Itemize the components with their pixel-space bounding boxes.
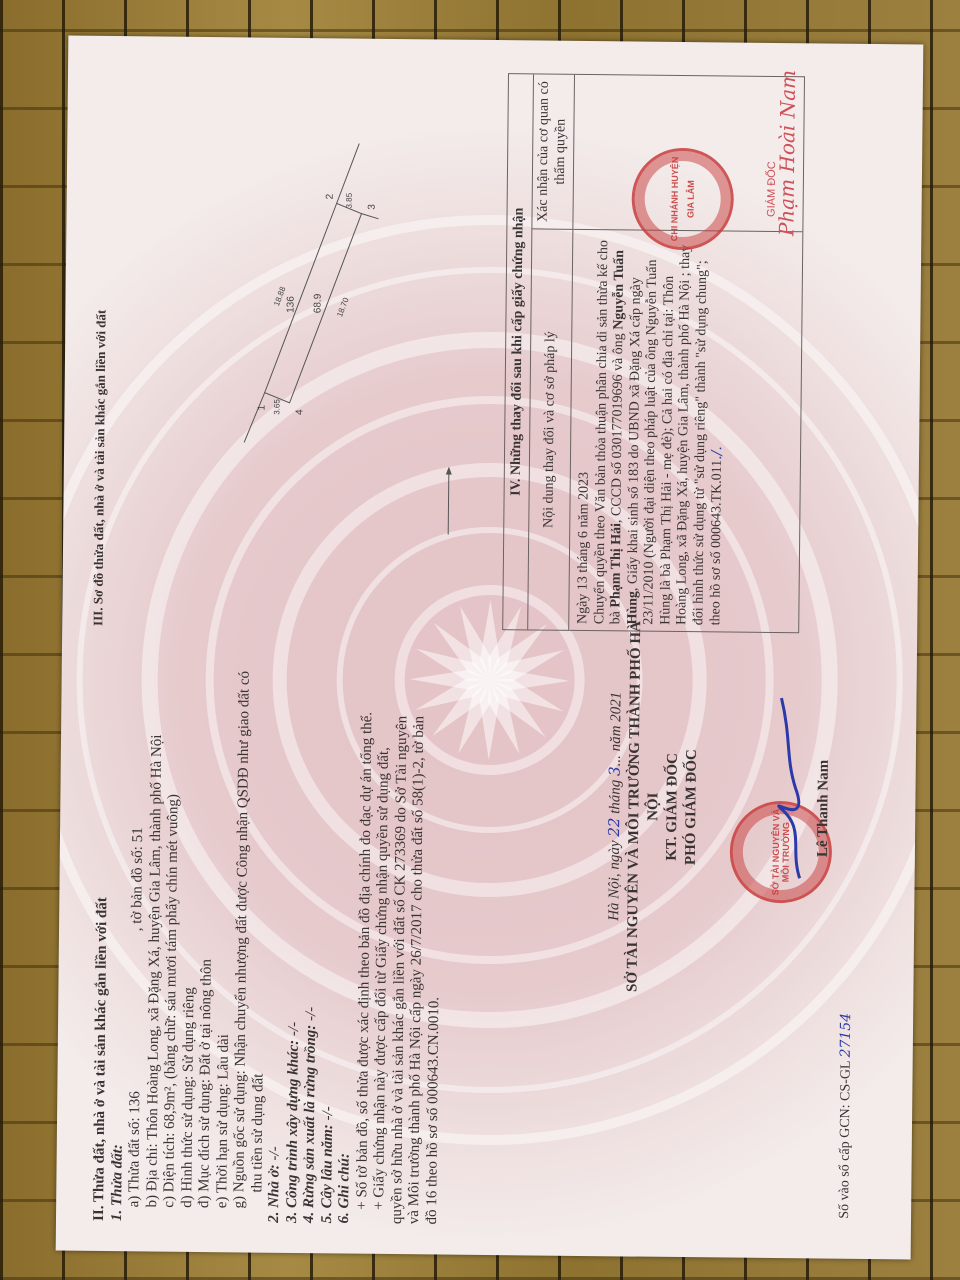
plot-label: 136 (285, 296, 296, 313)
changes-after-issuance-table: IV. Những thay đổi sau khi cấp giấy chứn… (502, 73, 805, 633)
section-land-and-assets: II. Thửa đất, nhà ở và tài sản khác gắn … (91, 661, 447, 1225)
production-forest-value: -/- (303, 1007, 319, 1021)
authority-confirmation-cell: CHI NHÁNH HUYỆN GIA LÂM GIÁM ĐỐC Phạm Ho… (573, 75, 804, 231)
issue-year: năm 2021 (608, 692, 625, 752)
north-arrow-icon (445, 467, 452, 535)
table-header-row: Nội dung thay đổi và cơ sở pháp lý Xác n… (528, 74, 575, 629)
edge-4-1-length: 3.65 (272, 399, 281, 415)
dossier-number: 000643.TK.011 (709, 460, 725, 548)
vertex-1: 1 (256, 405, 267, 411)
rotated-document-content: II. Thửa đất, nhà ở và tài sản khác gắn … (56, 36, 924, 1260)
branch-seal-text: CHI NHÁNH HUYỆN GIA LÂM (666, 151, 700, 247)
change-text-2: , CCCD số 030177019696 và ông (609, 333, 626, 523)
edge-3-4-length: 18.70 (335, 296, 351, 318)
certificate-register-number: Số vào sổ cấp GCN: CS-GL 27154 (836, 1013, 855, 1219)
issue-day: 22 (605, 818, 623, 837)
column-change-content: Nội dung thay đổi và cơ sở pháp lý (528, 228, 572, 629)
month-prefix: tháng (607, 780, 623, 814)
land-use-certificate-page: II. Thửa đất, nhà ở và tài sản khác gắn … (56, 36, 924, 1260)
edge-2-3-length: 3.85 (345, 192, 354, 208)
section-3-heading: III. Sơ đồ thửa đất, nhà ở và tài sản kh… (90, 310, 109, 626)
column-authority-confirmation: Xác nhận của cơ quan có thẩm quyền (532, 74, 574, 228)
production-forest-label: 4. Rừng sản xuất là rừng trồng: (301, 1025, 319, 1224)
land-plot-diagram: 136 68.9 1 2 3 4 18.88 3.85 18.70 3.65 (112, 51, 498, 615)
map-sheet-number: , tờ bản đồ số: 51 (129, 827, 146, 931)
plot-number: a) Thửa đất số: 136 (126, 1091, 143, 1207)
date-prefix: Hà Nội, ngày (606, 840, 623, 921)
change-description: Chuyển quyền theo Văn bản thỏa thuận phâ… (592, 236, 729, 625)
branch-seal-stamp: CHI NHÁNH HUYỆN GIA LÂM (631, 147, 734, 250)
issue-month: 3 (606, 766, 624, 776)
register-number: 27154 (838, 1013, 854, 1058)
issuer-signature-icon (759, 688, 821, 889)
vertex-3: 3 (367, 204, 378, 210)
issuing-organization: SỞ TÀI NGUYÊN VÀ MÔI TRƯỜNG THÀNH PHỐ HÀ… (623, 616, 665, 996)
register-label: Số vào sổ cấp GCN: CS-GL (837, 1061, 854, 1219)
table-row: Ngày 13 tháng 6 năm 2023 Chuyển quyền th… (569, 75, 804, 632)
change-text-3: , Giấy khai sinh số 183 do UBND xã Đặng … (625, 245, 724, 626)
plot-area: 68.9 (312, 293, 323, 313)
signer-title: PHÓ GIÁM ĐỐC (680, 617, 703, 997)
vertex-4: 4 (294, 409, 305, 415)
dossier-handwritten-mark: ./. (709, 446, 725, 460)
vertex-2: 2 (325, 193, 336, 199)
perennial-trees-label: 5. Cây lâu năm: (318, 1124, 335, 1223)
house-label: 2. Nhà ở: (266, 1164, 283, 1223)
issuer-signature-block: Hà Nội, ngày 22 tháng 3... năm 2021 SỞ T… (603, 616, 703, 997)
signer-name: Lê Thanh Nam (814, 678, 834, 938)
director-name: Phạm Hoài Nam (778, 70, 796, 236)
other-construction-label: 3. Công trình xây dựng khác: (283, 1040, 301, 1223)
change-entry: Ngày 13 tháng 6 năm 2023 Chuyển quyền th… (569, 229, 802, 632)
heir-name-1: Phạm Thị Hải (608, 523, 624, 608)
perennial-trees-value: -/- (320, 1106, 336, 1120)
other-construction-value: -/- (285, 1022, 301, 1036)
house-value: -/- (267, 1146, 283, 1160)
dossier-reference: 000643.TK.011./. (709, 446, 725, 548)
